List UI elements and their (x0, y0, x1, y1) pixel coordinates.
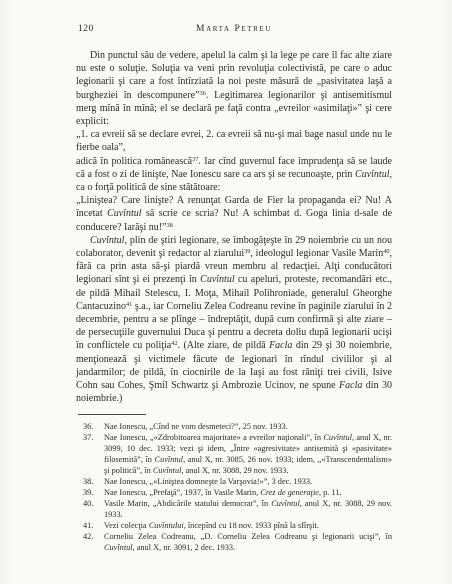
paragraph-3: Cuvîntul, plin de ştiri legionare, se îm… (76, 234, 392, 406)
italic-title: Crez de generaţie (260, 488, 319, 497)
italic-title: Cuvîntul (104, 543, 133, 552)
running-head: Marta Petreu (76, 24, 392, 34)
italic-title: Cuvîntul (107, 208, 141, 219)
italic-title: Cuvîntului (149, 521, 184, 530)
text-block: 120 Marta Petreu Din punctul său de vede… (76, 24, 392, 553)
footnote-ref: 38 (167, 222, 173, 229)
footnote-ref: 41 (126, 301, 132, 308)
footnote-number: 38. (83, 476, 93, 487)
footnote-number: 42. (83, 531, 93, 542)
italic-title: Cuvîntul (271, 499, 300, 508)
footnote-item: 40. Vasile Marin, „Abdicările statului d… (76, 498, 392, 520)
italic-title: Cuvîntul (323, 433, 352, 442)
footnote-number: 39. (83, 487, 93, 498)
footnote-item: 41. Vezi colecţia Cuvîntului, începînd c… (76, 520, 392, 531)
footnote-separator (78, 414, 146, 415)
italic-title: Cuvîntul (155, 455, 184, 464)
footnote-text: Vezi colecţia Cuvîntului, începînd cu 18… (104, 521, 319, 530)
footnote-item: 42. Corneliu Zelea Codreanu, „D. Corneli… (76, 531, 392, 553)
footnote-ref: 42 (171, 340, 177, 347)
footnote-item: 37. Nae Ionescu, „«Zdrobitoarea majorita… (76, 432, 392, 476)
footnote-number: 37. (83, 432, 93, 443)
footnote-ref: 39 (244, 248, 250, 255)
italic-title: Facla (339, 380, 362, 391)
italic-title: Cuvîntul (153, 466, 182, 475)
footnote-ref: 40 (383, 248, 389, 255)
footnote-text: Vasile Marin, „Abdicările statului democ… (104, 499, 392, 519)
footnote-number: 36. (83, 421, 93, 432)
italic-title: Cuvîntul (355, 169, 389, 180)
footnote-item: 39. Nae Ionescu, „Prefaţă”, 1937, în Vas… (76, 487, 392, 498)
page-header: 120 Marta Petreu (76, 24, 392, 36)
block-quote-1: „1. ca evreii să se declare evrei, 2. ca… (76, 128, 392, 154)
footnote-text: Nae Ionescu, „«Zdrobitoarea majoritate» … (104, 433, 392, 475)
footnote-ref: 36 (200, 90, 206, 97)
footnote-text: Corneliu Zelea Codreanu, „D. Corneliu Ze… (104, 532, 392, 552)
paragraph-2: adică în politica românească37. Iar cînd… (76, 155, 392, 195)
block-quote-2: „Liniştea? Care linişte? A renunţat Gard… (76, 194, 392, 234)
italic-title: Cuvîntul (200, 274, 234, 285)
body-text: Din punctul său de vedere, apelul la cal… (76, 49, 392, 405)
footnote-ref: 37 (192, 156, 198, 163)
footnote-number: 40. (83, 498, 93, 509)
footnote-text: Nae Ionescu, „Cînd ne vom desmeteci?”, 2… (104, 422, 288, 431)
paragraph-1: Din punctul său de vedere, apelul la cal… (76, 49, 392, 128)
footnote-text: Nae Ionescu, „«Liniştea domneşte la Varş… (104, 477, 312, 486)
italic-title: Cuvîntul (90, 235, 124, 246)
italic-title: Facla (269, 340, 292, 351)
book-page-scan: 120 Marta Petreu Din punctul său de vede… (0, 0, 452, 584)
footnote-item: 36. Nae Ionescu, „Cînd ne vom desmeteci?… (76, 421, 392, 432)
footnote-number: 41. (83, 520, 93, 531)
footnote-list: 36. Nae Ionescu, „Cînd ne vom desmeteci?… (76, 421, 392, 553)
footnote-text: Nae Ionescu, „Prefaţă”, 1937, în Vasile … (104, 488, 342, 497)
footnote-item: 38. Nae Ionescu, „«Liniştea domneşte la … (76, 476, 392, 487)
